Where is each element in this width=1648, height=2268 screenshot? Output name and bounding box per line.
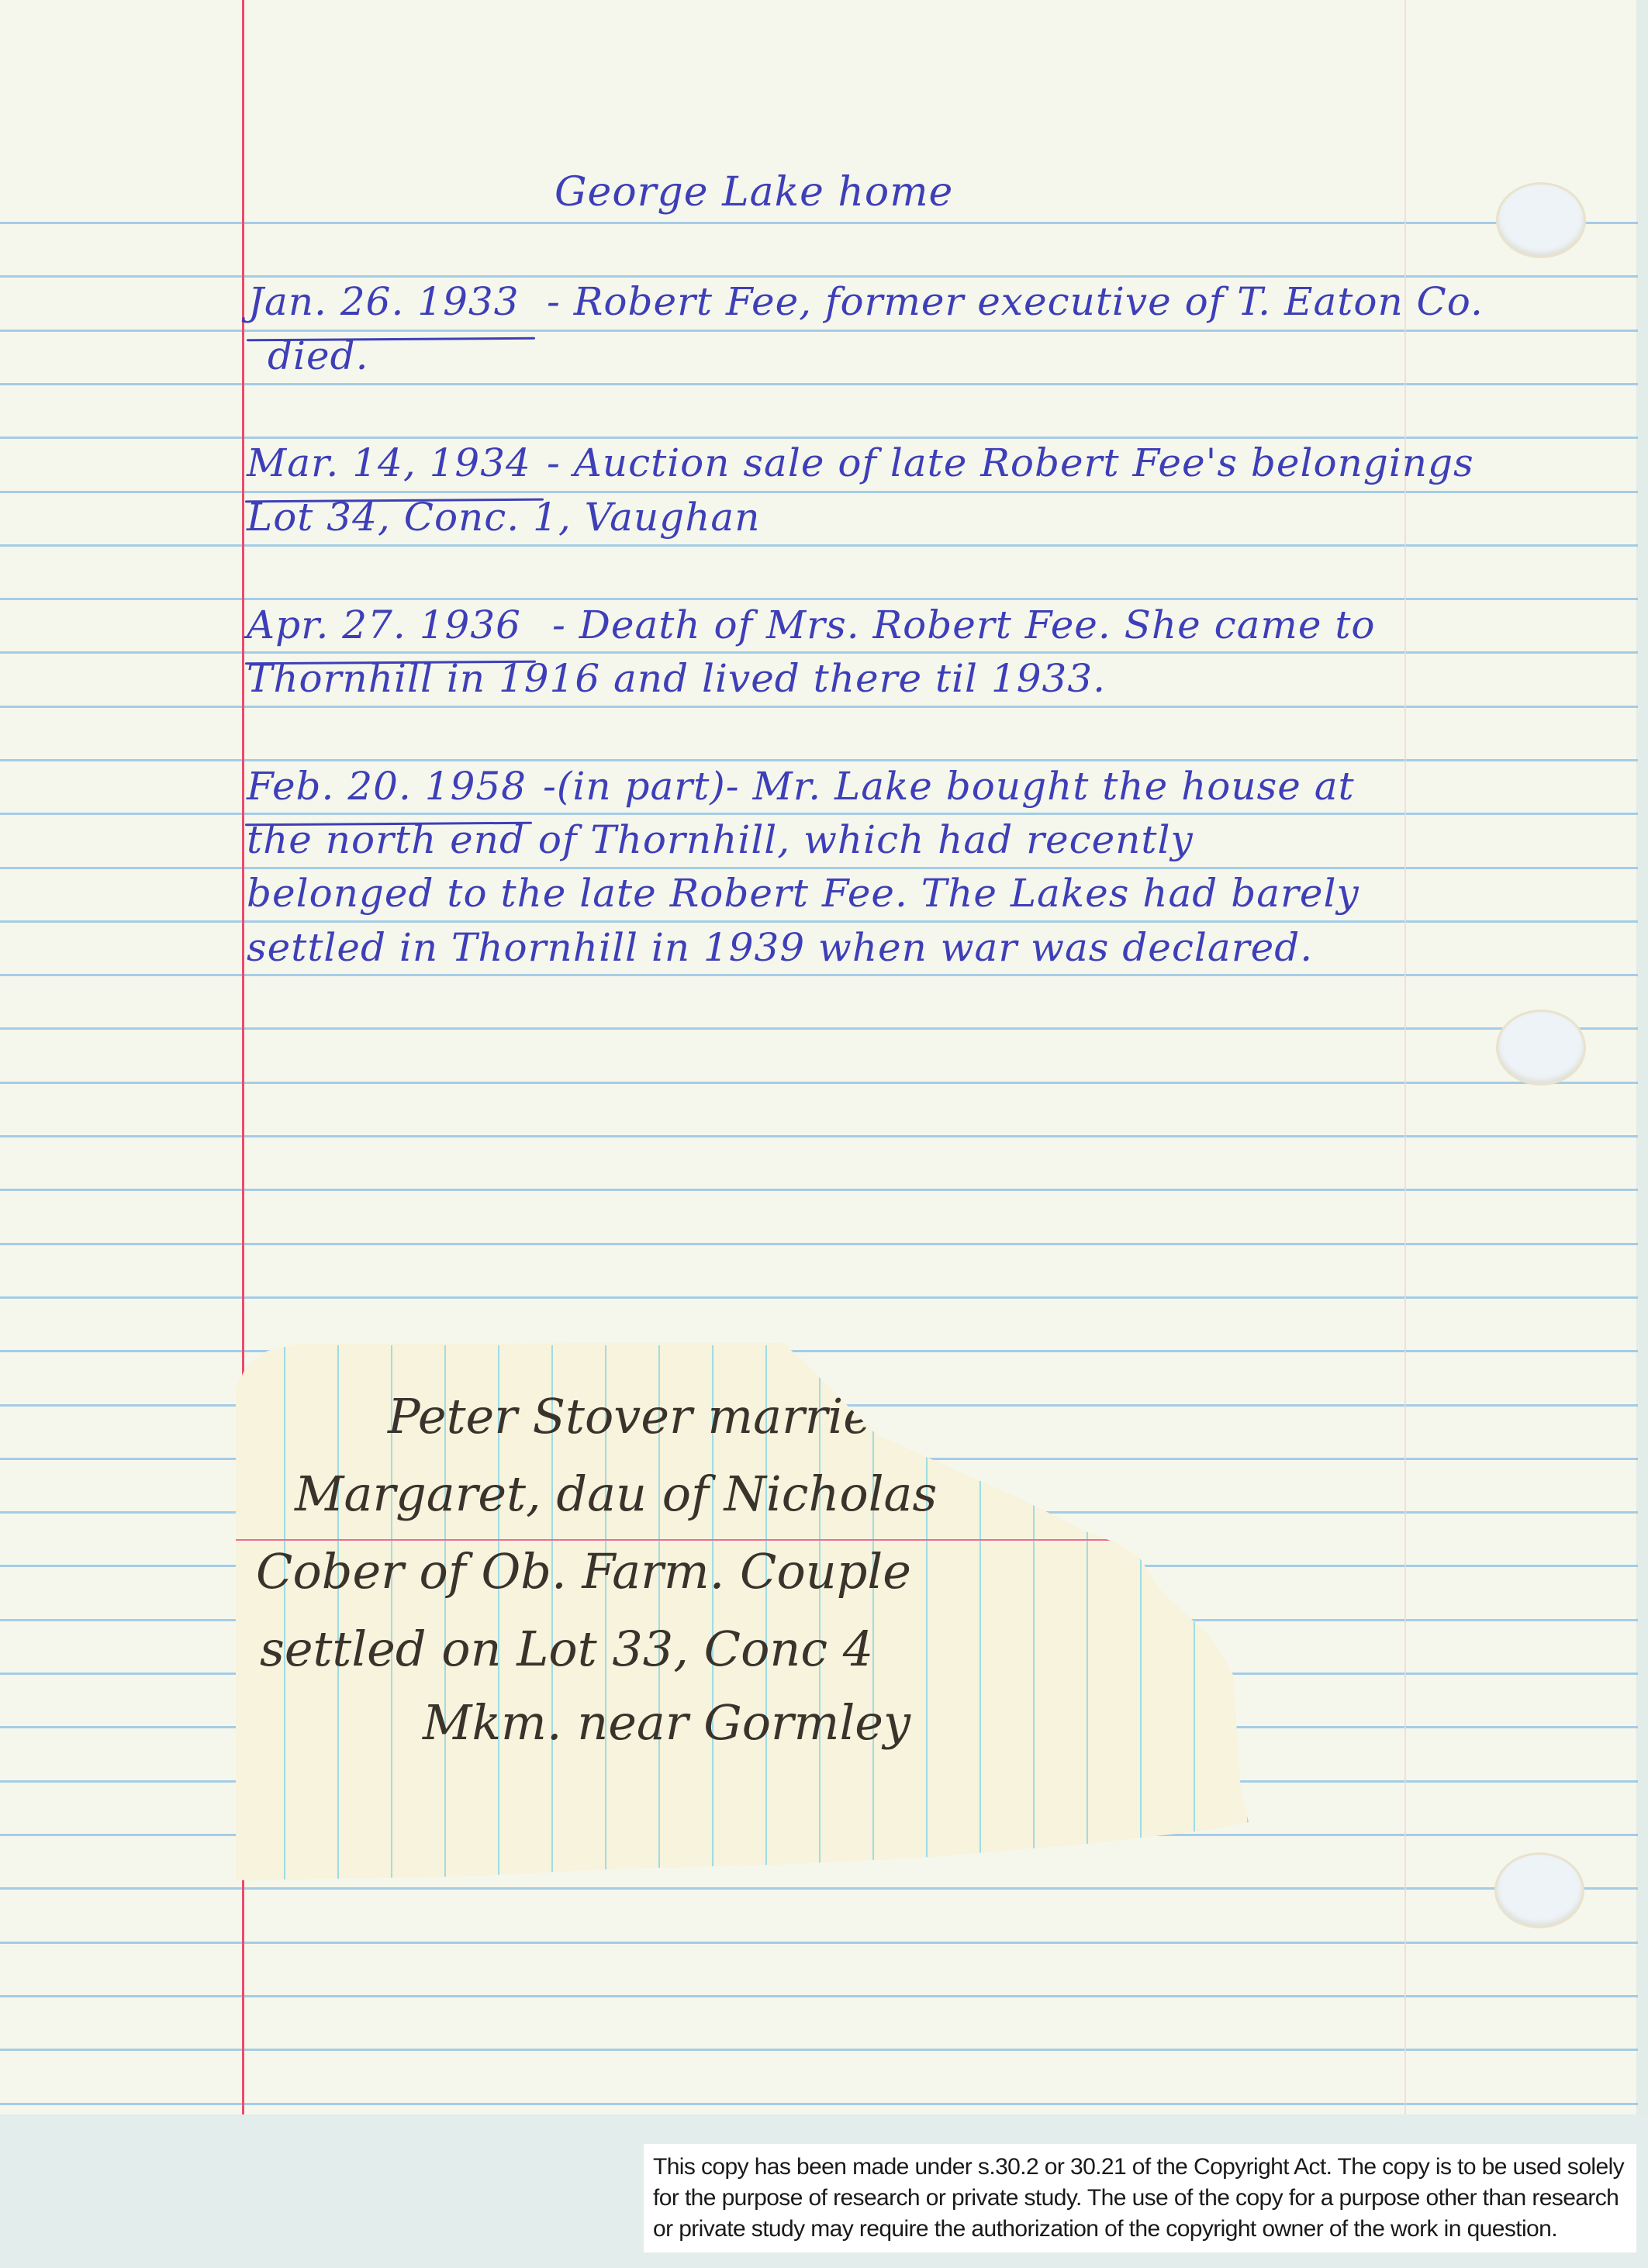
note-text: settled on Lot 33, Conc 4 — [260, 1621, 873, 1677]
rule-line — [0, 867, 1638, 869]
rule-line — [0, 1296, 1638, 1299]
rule-line — [0, 813, 1638, 815]
note-grid-line — [284, 1345, 285, 1880]
rule-line — [0, 759, 1638, 761]
entry-date: Apr. 27. 1936 — [247, 602, 521, 647]
note-grid-line — [337, 1345, 339, 1880]
rule-line — [0, 491, 1638, 493]
note-text: Margaret, dau of Nicholas — [295, 1465, 937, 1522]
rule-line — [0, 1887, 1638, 1890]
entry-date: Jan. 26. 1933 — [248, 279, 520, 324]
rule-line — [0, 1135, 1638, 1137]
rule-line — [0, 222, 1638, 224]
entry-date: Mar. 14, 1934 — [247, 440, 531, 485]
rule-line — [0, 1189, 1638, 1191]
copyright-line: This copy has been made under s.30.2 or … — [653, 2152, 1627, 2183]
entry-text: -(in part)- Mr. Lake bought the house at — [543, 764, 1355, 809]
entry-text: - Death of Mrs. Robert Fee. She came to — [552, 602, 1376, 647]
entry-text: died. — [268, 333, 369, 378]
rule-line — [0, 920, 1638, 923]
paper-edge — [1636, 0, 1648, 2114]
rule-line — [0, 437, 1638, 439]
note-red-line — [236, 1539, 1166, 1541]
rule-line — [0, 275, 1638, 278]
entry-text: Lot 34, Conc. 1, Vaughan — [247, 495, 760, 540]
rule-line — [0, 2049, 1638, 2051]
rule-line — [0, 2103, 1638, 2105]
entry-text: the north end of Thornhill, which had re… — [247, 817, 1194, 862]
punch-hole-icon — [1498, 1012, 1584, 1083]
rule-line — [0, 1350, 1638, 1352]
copyright-line: for the purpose of research or private s… — [653, 2183, 1627, 2214]
rule-line — [0, 1082, 1638, 1084]
entry-date: Feb. 20. 1958 — [247, 764, 527, 809]
entry-text: - Robert Fee, former executive of T. Eat… — [547, 279, 1484, 324]
rule-line — [0, 651, 1638, 654]
punch-hole-icon — [1498, 185, 1584, 256]
entry-text: Thornhill in 1916 and lived there til 19… — [247, 656, 1106, 701]
entry-text: belonged to the late Robert Fee. The Lak… — [247, 871, 1360, 916]
copyright-notice: This copy has been made under s.30.2 or … — [644, 2144, 1636, 2252]
rule-line — [0, 1995, 1638, 1997]
rule-line — [0, 706, 1638, 708]
rule-line — [0, 974, 1638, 976]
rule-line — [0, 598, 1638, 600]
punch-hole-icon — [1497, 1855, 1582, 1926]
rule-line — [0, 544, 1638, 547]
rule-line — [0, 330, 1638, 332]
note-text: Peter Stover married — [388, 1388, 903, 1445]
entry-text: - Auction sale of late Robert Fee's belo… — [547, 440, 1474, 485]
page-title: George Lake home — [555, 169, 953, 216]
entry-text: settled in Thornhill in 1939 when war wa… — [247, 925, 1313, 970]
rule-line — [0, 383, 1638, 385]
note-text: Mkm. near Gormley — [423, 1694, 910, 1751]
copyright-line: or private study may require the authori… — [653, 2214, 1627, 2245]
rule-line — [0, 1027, 1638, 1030]
note-text: Cober of Ob. Farm. Couple — [256, 1543, 911, 1600]
rule-line — [0, 1942, 1638, 1944]
rule-line — [0, 1243, 1638, 1245]
